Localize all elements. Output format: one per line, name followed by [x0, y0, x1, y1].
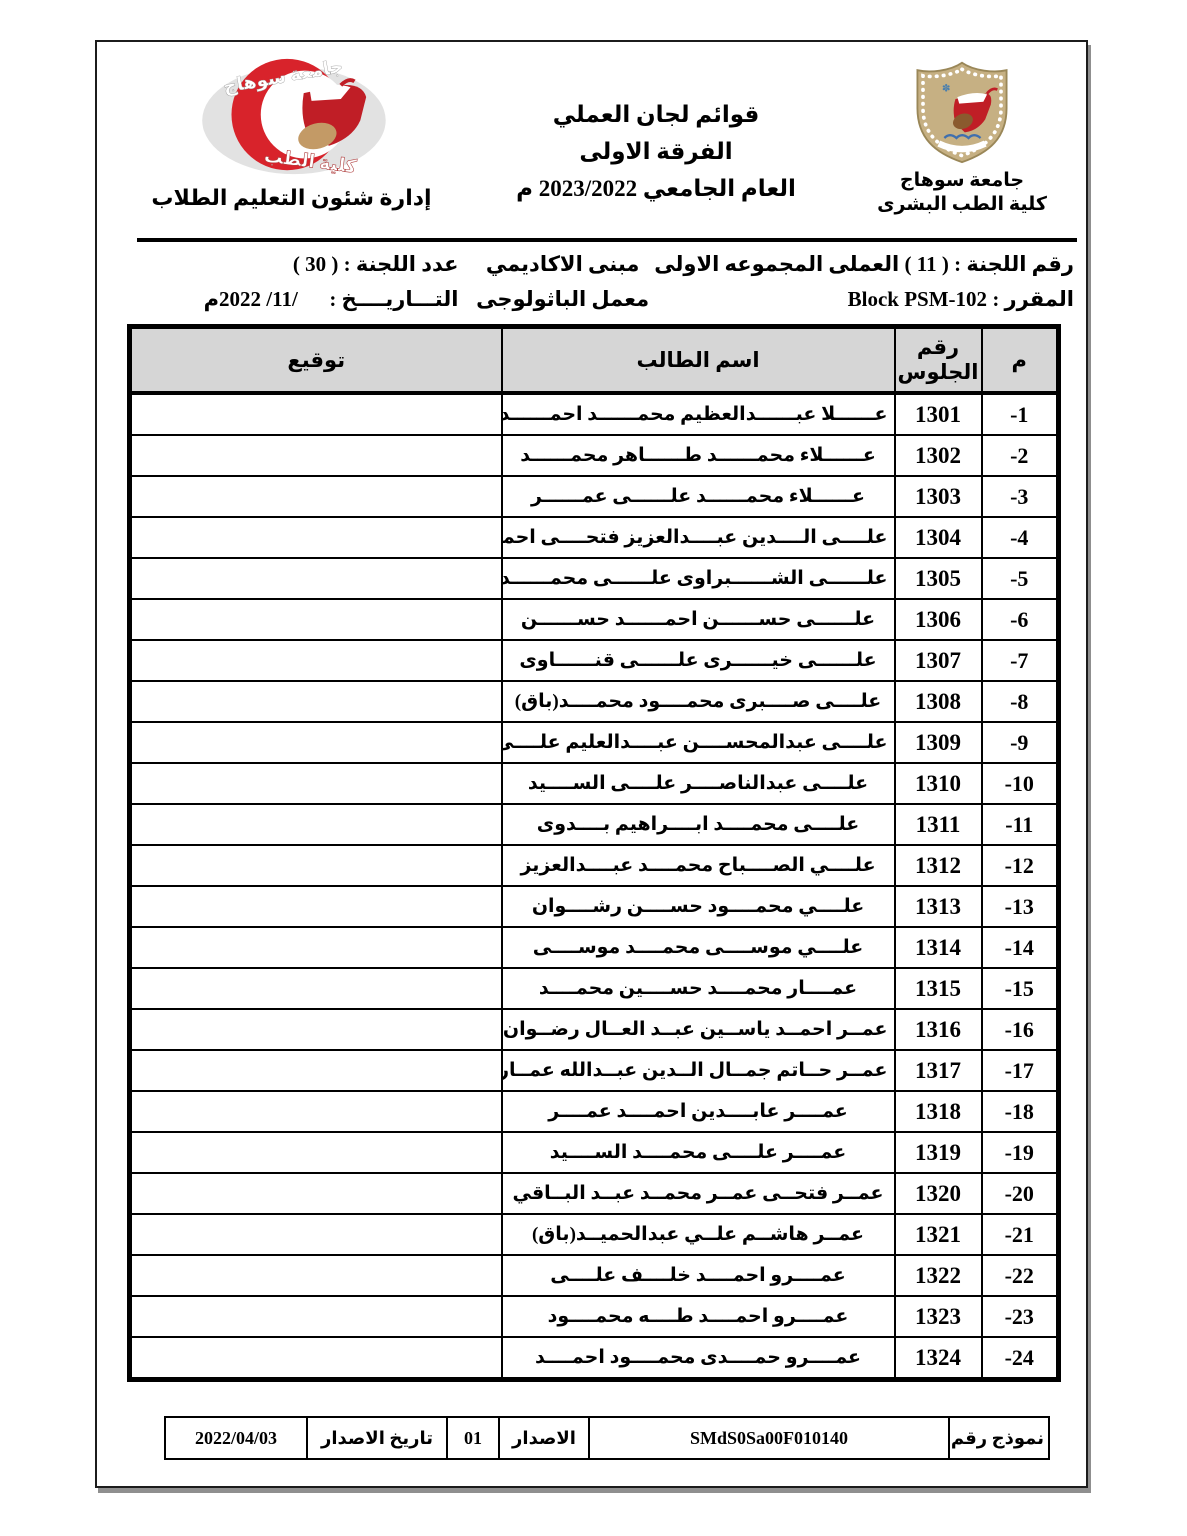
table-row: 7-1307علــــــى خيــــــرى علــــــى قنـ…: [130, 640, 1059, 681]
table-header-row: م رقم الجلوس اسم الطالب توقيع: [130, 327, 1059, 394]
committee-info: رقم اللجنة : ( 11 ) العملى المجموعه الاو…: [97, 242, 1086, 318]
table-row: 20-1320عمــر فتحــى عمــر محمــد عبــد ا…: [130, 1173, 1059, 1214]
seat-number-cell: 1309: [895, 722, 982, 763]
seat-number-cell: 1313: [895, 886, 982, 927]
table-row: 13-1313علــــي محمــــود حســــن رشــــو…: [130, 886, 1059, 927]
table-row: 10-1310علــــى عبدالناصــــر علــــى الس…: [130, 763, 1059, 804]
signature-cell: [130, 1214, 502, 1255]
svg-text:✽: ✽: [942, 84, 951, 95]
student-affairs-block: جامعة سوهاج كلية الطب إدارة شئون التعليم…: [119, 56, 464, 211]
student-name-cell: عمــر هاشــم علــي عبدالحميــد(باق): [502, 1214, 895, 1255]
table-row: 6-1306علــــــى حســــــن احمــــــد حسـ…: [130, 599, 1059, 640]
seat-number-cell: 1303: [895, 476, 982, 517]
university-shield-logo-icon: ✽: [910, 151, 1014, 168]
title-line-3: العام الجامعي 2023/2022 م: [464, 170, 848, 207]
signature-cell: [130, 1050, 502, 1091]
exam-date: التـــاريــــخ : /11/ 2022م: [127, 287, 458, 312]
signature-cell: [130, 681, 502, 722]
student-name-cell: علــــــى خيــــــرى علــــــى قنــــــا…: [502, 640, 895, 681]
seat-number-cell: 1324: [895, 1337, 982, 1380]
serial-cell: 18-: [982, 1091, 1059, 1132]
student-name-cell: عمــر فتحــى عمــر محمــد عبــد البــاقي: [502, 1173, 895, 1214]
student-name-cell: علــــي الصــــباح محمــــد عبــــدالعزي…: [502, 845, 895, 886]
serial-cell: 24-: [982, 1337, 1059, 1380]
signature-cell: [130, 927, 502, 968]
student-name-cell: علــــى صــــبرى محمــــود محمــــد(باق): [502, 681, 895, 722]
seat-number-column-header: رقم الجلوس: [895, 327, 982, 394]
student-name-cell: علــــــى حســــــن احمــــــد حســــــن: [502, 599, 895, 640]
issue-date: 2022/04/03: [165, 1417, 307, 1459]
serial-column-header: م: [982, 327, 1059, 394]
table-row: 18-1318عمــــر عابــــدين احمــــد عمـــ…: [130, 1091, 1059, 1132]
students-table: م رقم الجلوس اسم الطالب توقيع 1-1301عـــ…: [127, 324, 1061, 1382]
issue-label: الاصدار: [499, 1417, 589, 1459]
issue-number: 01: [447, 1417, 499, 1459]
students-tbody: 1-1301عــــــلا عبــــــدالعظيم محمـــــ…: [130, 393, 1059, 1380]
signature-cell: [130, 722, 502, 763]
table-row: 8-1308علــــى صــــبرى محمــــود محمــــ…: [130, 681, 1059, 722]
form-footer-row: نموذج رقم SMdS0Sa00F010140 الاصدار 01 تا…: [165, 1417, 1049, 1459]
table-row: 23-1323عمــــرو احمــــد طــــه محمــــو…: [130, 1296, 1059, 1337]
table-row: 11-1311علــــى محمــــد ابــــراهيم بـــ…: [130, 804, 1059, 845]
seat-number-cell: 1319: [895, 1132, 982, 1173]
serial-cell: 2-: [982, 435, 1059, 476]
student-name-cell: علــــي موســــى محمــــد موســــى: [502, 927, 895, 968]
student-name-cell: عمــر احمــد ياســين عبــد العــال رضــو…: [502, 1009, 895, 1050]
table-row: 16-1316عمــر احمــد ياســين عبــد العــا…: [130, 1009, 1059, 1050]
serial-cell: 8-: [982, 681, 1059, 722]
seat-number-cell: 1322: [895, 1255, 982, 1296]
table-row: 15-1315عمــــار محمــــد حســــين محمـــ…: [130, 968, 1059, 1009]
table-row: 12-1312علــــي الصــــباح محمــــد عبـــ…: [130, 845, 1059, 886]
table-row: 24-1324عمــــرو حمــــدى محمــــود احمــ…: [130, 1337, 1059, 1380]
table-row: 3-1303عــــــلاء محمــــــد علــــــى عم…: [130, 476, 1059, 517]
signature-cell: [130, 599, 502, 640]
signature-cell: [130, 1009, 502, 1050]
signature-cell: [130, 435, 502, 476]
serial-cell: 13-: [982, 886, 1059, 927]
university-block: ✽ جامعة سوهاج كلية الطب البشرى: [848, 56, 1076, 217]
serial-cell: 16-: [982, 1009, 1059, 1050]
title-line-1: قوائم لجان العملي: [464, 96, 848, 133]
seat-number-cell: 1301: [895, 393, 982, 435]
department-name: إدارة شئون التعليم الطلاب: [119, 185, 464, 211]
student-name-cell: عمــــر عابــــدين احمــــد عمــــر: [502, 1091, 895, 1132]
form-code: SMdS0Sa00F010140: [589, 1417, 949, 1459]
lab-name: معمل الباثولوجى: [458, 287, 666, 312]
student-name-cell: عــــــلاء محمــــــد علــــــى عمــــــ…: [502, 476, 895, 517]
signature-cell: [130, 393, 502, 435]
serial-cell: 22-: [982, 1255, 1059, 1296]
seat-number-cell: 1315: [895, 968, 982, 1009]
seat-number-cell: 1311: [895, 804, 982, 845]
student-name-cell: عمــر حــاتم جمــال الــدين عبــدالله عم…: [502, 1050, 895, 1091]
form-footer-table: نموذج رقم SMdS0Sa00F010140 الاصدار 01 تا…: [164, 1416, 1050, 1460]
signature-cell: [130, 1296, 502, 1337]
student-name-cell: عمــــر علــــى محمــــد الســــيد: [502, 1132, 895, 1173]
table-row: 21-1321عمــر هاشــم علــي عبدالحميــد(با…: [130, 1214, 1059, 1255]
course-code: المقرر : Block PSM-102: [667, 287, 1074, 312]
student-name-cell: علــــى الــــدين عبــــدالعزيز فتحــــى…: [502, 517, 895, 558]
table-row: 1-1301عــــــلا عبــــــدالعظيم محمـــــ…: [130, 393, 1059, 435]
serial-cell: 3-: [982, 476, 1059, 517]
table-row: 22-1322عمــــرو احمــــد خلــــف علــــى: [130, 1255, 1059, 1296]
serial-cell: 7-: [982, 640, 1059, 681]
serial-cell: 15-: [982, 968, 1059, 1009]
signature-cell: [130, 1337, 502, 1380]
serial-cell: 5-: [982, 558, 1059, 599]
signature-cell: [130, 476, 502, 517]
student-name-cell: عمــــرو احمــــد خلــــف علــــى: [502, 1255, 895, 1296]
seat-number-cell: 1323: [895, 1296, 982, 1337]
faculty-crescent-logo-icon: جامعة سوهاج كلية الطب: [194, 165, 390, 182]
seat-number-cell: 1317: [895, 1050, 982, 1091]
signature-cell: [130, 517, 502, 558]
serial-cell: 23-: [982, 1296, 1059, 1337]
student-name-cell: عمــــار محمــــد حســــين محمــــد: [502, 968, 895, 1009]
serial-cell: 1-: [982, 393, 1059, 435]
form-number-label: نموذج رقم: [949, 1417, 1049, 1459]
title-line-2: الفرقة الاولى: [464, 133, 848, 170]
signature-cell: [130, 1132, 502, 1173]
table-row: 2-1302عــــــلاء محمــــــد طــــــاهر م…: [130, 435, 1059, 476]
serial-cell: 21-: [982, 1214, 1059, 1255]
serial-cell: 11-: [982, 804, 1059, 845]
seat-number-cell: 1314: [895, 927, 982, 968]
building-name: مبنى الاكاديمي: [458, 252, 666, 277]
signature-cell: [130, 845, 502, 886]
table-row: 4-1304علــــى الــــدين عبــــدالعزيز فت…: [130, 517, 1059, 558]
signature-cell: [130, 763, 502, 804]
document-header: جامعة سوهاج كلية الطب إدارة شئون التعليم…: [97, 42, 1086, 234]
university-name: جامعة سوهاج: [848, 169, 1076, 193]
student-name-column-header: اسم الطالب: [502, 327, 895, 394]
issue-date-label: تاريخ الاصدار: [307, 1417, 447, 1459]
document-page: جامعة سوهاج كلية الطب إدارة شئون التعليم…: [95, 40, 1088, 1488]
signature-cell: [130, 886, 502, 927]
signature-cell: [130, 968, 502, 1009]
serial-cell: 19-: [982, 1132, 1059, 1173]
seat-number-cell: 1305: [895, 558, 982, 599]
seat-number-cell: 1302: [895, 435, 982, 476]
seat-number-cell: 1318: [895, 1091, 982, 1132]
table-row: 19-1319عمــــر علــــى محمــــد الســــي…: [130, 1132, 1059, 1173]
serial-cell: 9-: [982, 722, 1059, 763]
student-name-cell: علــــي محمــــود حســــن رشــــوان: [502, 886, 895, 927]
student-name-cell: عــــــلاء محمــــــد طــــــاهر محمــــ…: [502, 435, 895, 476]
student-name-cell: عمــــرو احمــــد طــــه محمــــود: [502, 1296, 895, 1337]
seat-number-cell: 1308: [895, 681, 982, 722]
seat-number-cell: 1320: [895, 1173, 982, 1214]
student-name-cell: علــــى محمــــد ابــــراهيم بــــدوى: [502, 804, 895, 845]
seat-number-cell: 1321: [895, 1214, 982, 1255]
seat-number-cell: 1307: [895, 640, 982, 681]
document-title-block: قوائم لجان العملي الفرقة الاولى العام ال…: [464, 56, 848, 207]
serial-cell: 10-: [982, 763, 1059, 804]
serial-cell: 6-: [982, 599, 1059, 640]
faculty-name: كلية الطب البشرى: [848, 193, 1076, 217]
student-name-cell: عمــــرو حمــــدى محمــــود احمــــد: [502, 1337, 895, 1380]
table-row: 14-1314علــــي موســــى محمــــد موســــ…: [130, 927, 1059, 968]
signature-cell: [130, 804, 502, 845]
student-name-cell: علــــى عبدالمحســــن عبــــدالعليم علــ…: [502, 722, 895, 763]
seat-number-cell: 1304: [895, 517, 982, 558]
seat-number-cell: 1316: [895, 1009, 982, 1050]
signature-cell: [130, 1173, 502, 1214]
seat-number-cell: 1312: [895, 845, 982, 886]
serial-cell: 17-: [982, 1050, 1059, 1091]
committee-count: عدد اللجنة : ( 30 ): [127, 252, 458, 277]
signature-cell: [130, 1255, 502, 1296]
signature-cell: [130, 640, 502, 681]
student-name-cell: علــــى عبدالناصــــر علــــى الســــيد: [502, 763, 895, 804]
signature-column-header: توقيع: [130, 327, 502, 394]
signature-cell: [130, 1091, 502, 1132]
student-name-cell: عــــــلا عبــــــدالعظيم محمــــــد احم…: [502, 393, 895, 435]
signature-cell: [130, 558, 502, 599]
table-row: 17-1317عمــر حــاتم جمــال الــدين عبــد…: [130, 1050, 1059, 1091]
table-row: 9-1309علــــى عبدالمحســــن عبــــدالعلي…: [130, 722, 1059, 763]
seat-number-cell: 1310: [895, 763, 982, 804]
serial-cell: 12-: [982, 845, 1059, 886]
table-row: 5-1305علــــــى الشــــــبراوى علــــــى…: [130, 558, 1059, 599]
serial-cell: 4-: [982, 517, 1059, 558]
committee-number: رقم اللجنة : ( 11 ) العملى المجموعه الاو…: [667, 252, 1074, 277]
seat-number-cell: 1306: [895, 599, 982, 640]
serial-cell: 20-: [982, 1173, 1059, 1214]
student-name-cell: علــــــى الشــــــبراوى علــــــى محمــ…: [502, 558, 895, 599]
serial-cell: 14-: [982, 927, 1059, 968]
